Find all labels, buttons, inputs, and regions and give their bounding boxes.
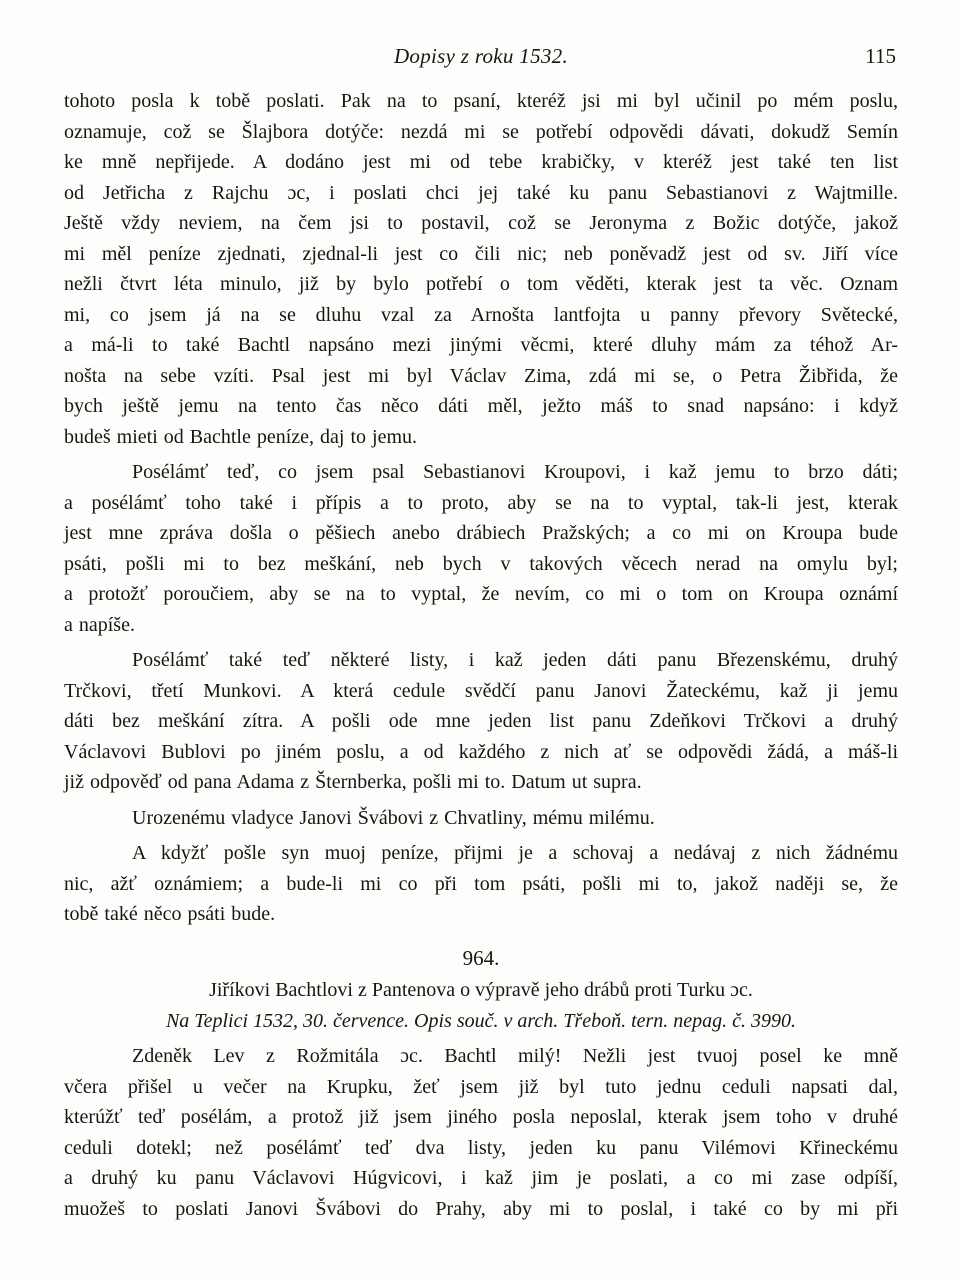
text-line: jest mne zpráva došla o pěšiech anebo dr… xyxy=(64,518,898,549)
letter-title: Jiříkovi Bachtlovi z Pantenova o výpravě… xyxy=(64,975,898,1006)
text-line: od Jetřicha z Rajchu ɔc, i poslati chci … xyxy=(64,178,898,209)
text-line: ceduli dotekl; než posélámť teď dva list… xyxy=(64,1133,898,1164)
text-line: včera přišel u večer na Krupku, žeť jsem… xyxy=(64,1072,898,1103)
text-line: tobě také něco psáti bude. xyxy=(64,899,898,930)
paragraph: A kdyžť pošle syn muoj peníze, přijmi je… xyxy=(64,838,898,930)
paragraph: Posélámť také teď některé listy, i kaž j… xyxy=(64,645,898,798)
text-line: kterúžť teď posélám, a protož již jsem j… xyxy=(64,1102,898,1133)
text-line: Trčkovi, třetí Munkovi. A která cedule s… xyxy=(64,676,898,707)
paragraph: tohoto posla k tobě poslati. Pak na to p… xyxy=(64,86,898,452)
source-note: Na Teplici 1532, 30. července. Opis souč… xyxy=(64,1006,898,1037)
text-line: nežli čtvrt léta minulo, již by bylo pot… xyxy=(64,269,898,300)
text-line: a posélámť toho také i přípis a to proto… xyxy=(64,488,898,519)
text-line: Ještě vždy neviem, na čem jsi to postavi… xyxy=(64,208,898,239)
text-line: Václavovi Bublovi po jiném poslu, a od k… xyxy=(64,737,898,768)
text-line: oznamuje, což se Šlajbora dotýče: nezdá … xyxy=(64,117,898,148)
page-number: 115 xyxy=(865,44,896,69)
text-line: a protožť poroučiem, aby se na to vyptal… xyxy=(64,579,898,610)
text-line: Urozenému vladyce Janovi Švábovi z Chvat… xyxy=(64,803,898,834)
page-body: tohoto posla k tobě poslati. Pak na to p… xyxy=(64,86,898,1224)
text-line: a druhý ku panu Václavovi Húgvicovi, i k… xyxy=(64,1163,898,1194)
text-line: nošta na sebe vzíti. Psal jest mi byl Vá… xyxy=(64,361,898,392)
text-line: Zdeněk Lev z Rožmitála ɔc. Bachtl milý! … xyxy=(64,1041,898,1072)
text-line: Posélámť teď, co jsem psal Sebastianovi … xyxy=(64,457,898,488)
text-line: dáti bez meškání zítra. A pošli ode mne … xyxy=(64,706,898,737)
text-line: muožeš to poslati Janovi Švábovi do Prah… xyxy=(64,1194,898,1225)
text-line: A kdyžť pošle syn muoj peníze, přijmi je… xyxy=(64,838,898,869)
text-line: tohoto posla k tobě poslati. Pak na to p… xyxy=(64,86,898,117)
heading-number: 964. xyxy=(64,943,898,974)
text-line: mi, co jsem já na se dluhu vzal za Arnoš… xyxy=(64,300,898,331)
paragraph: Zdeněk Lev z Rožmitála ɔc. Bachtl milý! … xyxy=(64,1041,898,1224)
text-line: a napíše. xyxy=(64,610,898,641)
book-page: Dopisy z roku 1532. 115 tohoto posla k t… xyxy=(0,0,960,1280)
address-line: Urozenému vladyce Janovi Švábovi z Chvat… xyxy=(64,803,898,834)
text-line: psáti, pošli mi to bez meškání, neb bych… xyxy=(64,549,898,580)
page-header: Dopisy z roku 1532. 115 xyxy=(64,44,898,72)
paragraph: Posélámť teď, co jsem psal Sebastianovi … xyxy=(64,457,898,640)
text-line: bych ještě jemu na tento čas něco dáti m… xyxy=(64,391,898,422)
text-line: nic, ažť oznámiem; a bude-li mi co při t… xyxy=(64,869,898,900)
text-line: ke mně nepřijede. A dodáno jest mi od te… xyxy=(64,147,898,178)
text-line: budeš mieti od Bachtle peníze, daj to je… xyxy=(64,422,898,453)
text-line: a má-li to také Bachtl napsáno mezi jiný… xyxy=(64,330,898,361)
running-title: Dopisy z roku 1532. xyxy=(64,44,898,69)
text-line: již odpověď od pana Adama z Šternberka, … xyxy=(64,767,898,798)
text-line: mi měl peníze zjednati, zjednal-li jest … xyxy=(64,239,898,270)
text-line: Posélámť také teď některé listy, i kaž j… xyxy=(64,645,898,676)
